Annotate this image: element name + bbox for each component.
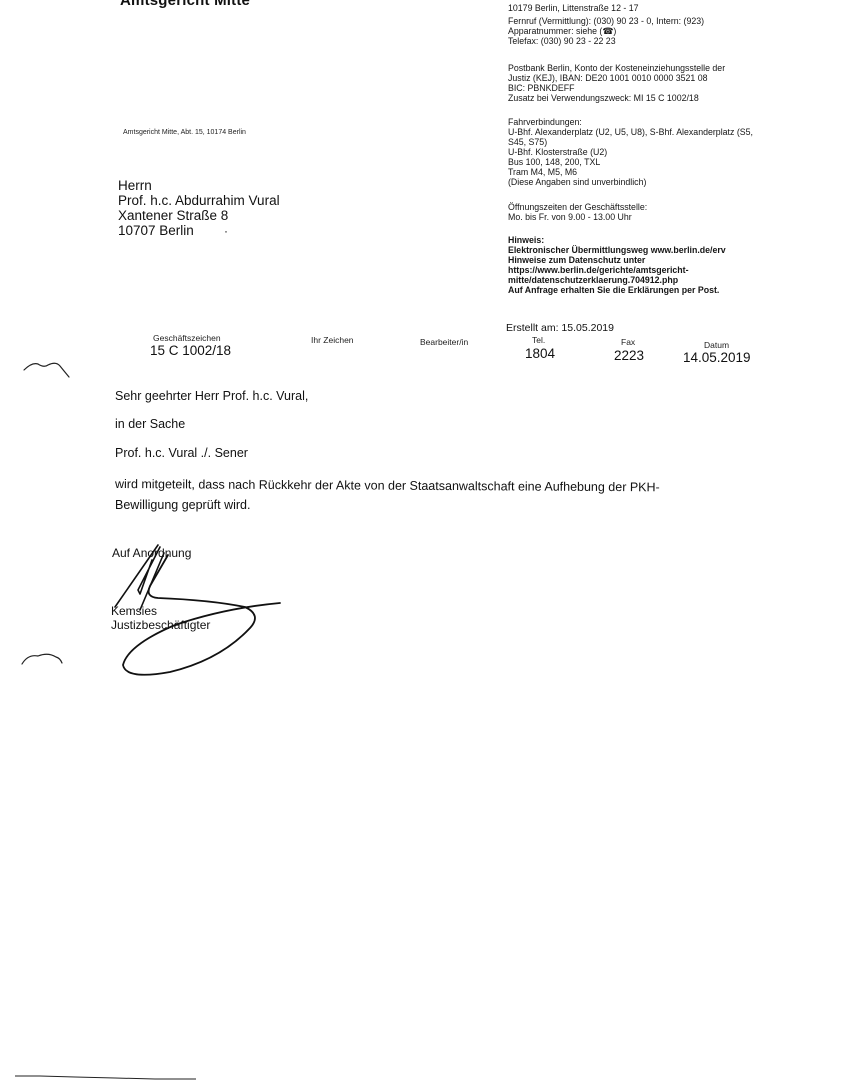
hours-title: Öffnungszeiten der Geschäftsstelle: [508,202,647,212]
date-value: 14.05.2019 [683,350,751,365]
transport-line: (Diese Angaben sind unverbindlich) [508,177,753,187]
case-number-label: Geschäftszeichen [153,333,221,343]
bank-line-2: Justiz (KEJ), IBAN: DE20 1001 0010 0000 … [508,73,725,83]
note-line: mitte/datenschutzerklaerung.704912.php [508,275,726,285]
your-reference-label: Ihr Zeichen [311,335,354,345]
fax-value: 2223 [614,348,644,363]
tel-value: 1804 [525,346,555,361]
note-title: Hinweis: [508,235,726,245]
signer-name: Kemsies [111,604,157,618]
created-date: Erstellt am: 15.05.2019 [506,322,614,334]
court-extension: Apparatnummer: siehe (☎) [508,26,704,36]
transport-line: U-Bhf. Klosterstraße (U2) [508,147,753,157]
note-line: Auf Anfrage erhalten Sie die Erklärungen… [508,285,726,295]
case-number-value: 15 C 1002/18 [150,343,231,358]
bottom-rule [15,1076,196,1079]
bank-bic: BIC: PBNKDEFF [508,83,725,93]
recipient-name: Prof. h.c. Abdurrahim Vural [118,193,280,208]
margin-mark [24,363,69,377]
transport-title: Fahrverbindungen: [508,117,753,127]
clerk-label: Bearbeiter/in [420,337,468,347]
body-line-1: wird mitgeteilt, dass nach Rückkehr der … [115,477,660,494]
matter-parties: Prof. h.c. Vural ./. Sener [115,446,248,460]
court-phone: Fernruf (Vermittlung): (030) 90 23 - 0, … [508,16,704,26]
body-line-2: Bewilligung geprüft wird. [115,498,251,512]
transport-line: U-Bhf. Alexanderplatz (U2, U5, U8), S-Bh… [508,127,753,137]
court-address: 10179 Berlin, Littenstraße 12 - 17 [508,3,704,13]
recipient-address: Herrn Prof. h.c. Abdurrahim Vural Xanten… [118,178,280,238]
fax-label: Fax [621,337,635,347]
date-label: Datum [704,340,729,350]
transport-line: Bus 100, 148, 200, TXL [508,157,753,167]
margin-mark [22,654,62,664]
court-contact-block: 10179 Berlin, Littenstraße 12 - 17 Fernr… [508,3,704,46]
hours-value: Mo. bis Fr. von 9.00 - 13.00 Uhr [508,212,647,222]
transport-line: S45, S75) [508,137,753,147]
note-line: Elektronischer Übermittlungsweg www.berl… [508,245,726,255]
transport-block: Fahrverbindungen: U-Bhf. Alexanderplatz … [508,117,753,187]
note-block: Hinweis: Elektronischer Übermittlungsweg… [508,235,726,295]
transport-line: Tram M4, M5, M6 [508,167,753,177]
sender-return-address: Amtsgericht Mitte, Abt. 15, 10174 Berlin [123,129,246,136]
recipient-street: Xantener Straße 8 [118,208,280,223]
recipient-salutation: Herrn [118,178,280,193]
bank-purpose: Zusatz bei Verwendungszweck: MI 15 C 100… [508,93,725,103]
court-fax: Telefax: (030) 90 23 - 22 23 [508,36,704,46]
note-line: https://www.berlin.de/gerichte/amtsgeric… [508,265,726,275]
bank-line-1: Postbank Berlin, Konto der Kosteneinzieh… [508,63,725,73]
greeting: Sehr geehrter Herr Prof. h.c. Vural, [115,389,308,403]
opening-hours-block: Öffnungszeiten der Geschäftsstelle: Mo. … [508,202,647,222]
note-line: Hinweise zum Datenschutz unter [508,255,726,265]
court-name: Amtsgericht Mitte [120,0,250,9]
order-note: Auf Anordnung [112,546,191,560]
signer-title: Justizbeschäftigter [111,618,210,632]
recipient-city: 10707 Berlin [118,223,280,238]
stray-dot: · [224,224,228,238]
matter-intro: in der Sache [115,417,185,431]
bank-block: Postbank Berlin, Konto der Kosteneinzieh… [508,63,725,103]
tel-label: Tel. [532,335,545,345]
